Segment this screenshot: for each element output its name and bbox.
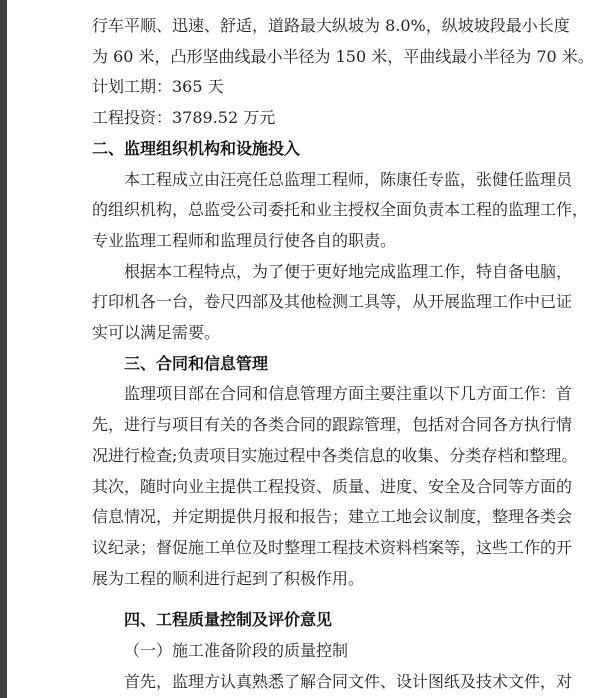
text-line: 四、工程质量控制及评价意见 — [92, 605, 543, 636]
text-line: 专业监理工程师和监理员行使各自的职责。 — [92, 226, 543, 257]
text-line: 打印机各一台，卷尺四部及其他检测工具等，从开展监理工作中已证 — [92, 287, 543, 318]
text-line: 实可以满足需要。 — [92, 318, 543, 349]
text-line: 信息情况，并定期提供月报和报告；建立工地会议制度，整理各类会 — [92, 502, 543, 533]
text-line: 二、监理组织机构和设施投入 — [92, 134, 543, 165]
text-line: 议纪录；督促施工单位及时整理工程技术资料档案等，这些工作的开 — [92, 533, 543, 564]
text-line: 三、合同和信息管理 — [92, 349, 543, 380]
document-content: 行车平顺、迅速、舒适，道路最大纵坡为 8.0%，纵坡坡段最小长度为 60 米，凸… — [0, 0, 599, 697]
text-line: 本工程成立由汪亮任总监理工程师，陈康任专监，张健任监理员 — [92, 165, 543, 196]
window-edge-strip — [0, 0, 7, 698]
text-line: 的组织机构，总监受公司委托和业主授权全面负责本工程的监理工作， — [92, 195, 543, 226]
text-line: 工程投资：3789.52 万元 — [92, 103, 543, 134]
text-line: 根据本工程特点，为了便于更好地完成监理工作，特自备电脑， — [92, 257, 543, 288]
text-line: 计划工期：365 天 — [92, 72, 543, 103]
text-line: （一）施工准备阶段的质量控制 — [92, 636, 543, 667]
text-line: 首先，监理方认真熟悉了解合同文件、设计图纸及技术文件，对 — [92, 667, 543, 698]
text-line: 展为工程的顺利进行起到了积极作用。 — [92, 564, 543, 595]
text-line: 监理项目部在合同和信息管理方面主要注重以下几方面工作：首 — [92, 379, 543, 410]
text-line: 其次，随时向业主提供工程投资、质量、进度、安全及合同等方面的 — [92, 472, 543, 503]
text-line: 况进行检查;负责项目实施过程中各类信息的收集、分类存档和整理。 — [92, 441, 543, 472]
text-line: 行车平顺、迅速、舒适，道路最大纵坡为 8.0%，纵坡坡段最小长度 — [92, 11, 543, 42]
text-line: 先，进行与项目有关的各类合同的跟踪管理，包括对合同各方执行情 — [92, 410, 543, 441]
text-line: 为 60 米，凸形坚曲线最小半径为 150 米，平曲线最小半径为 70 米。 — [92, 42, 543, 73]
